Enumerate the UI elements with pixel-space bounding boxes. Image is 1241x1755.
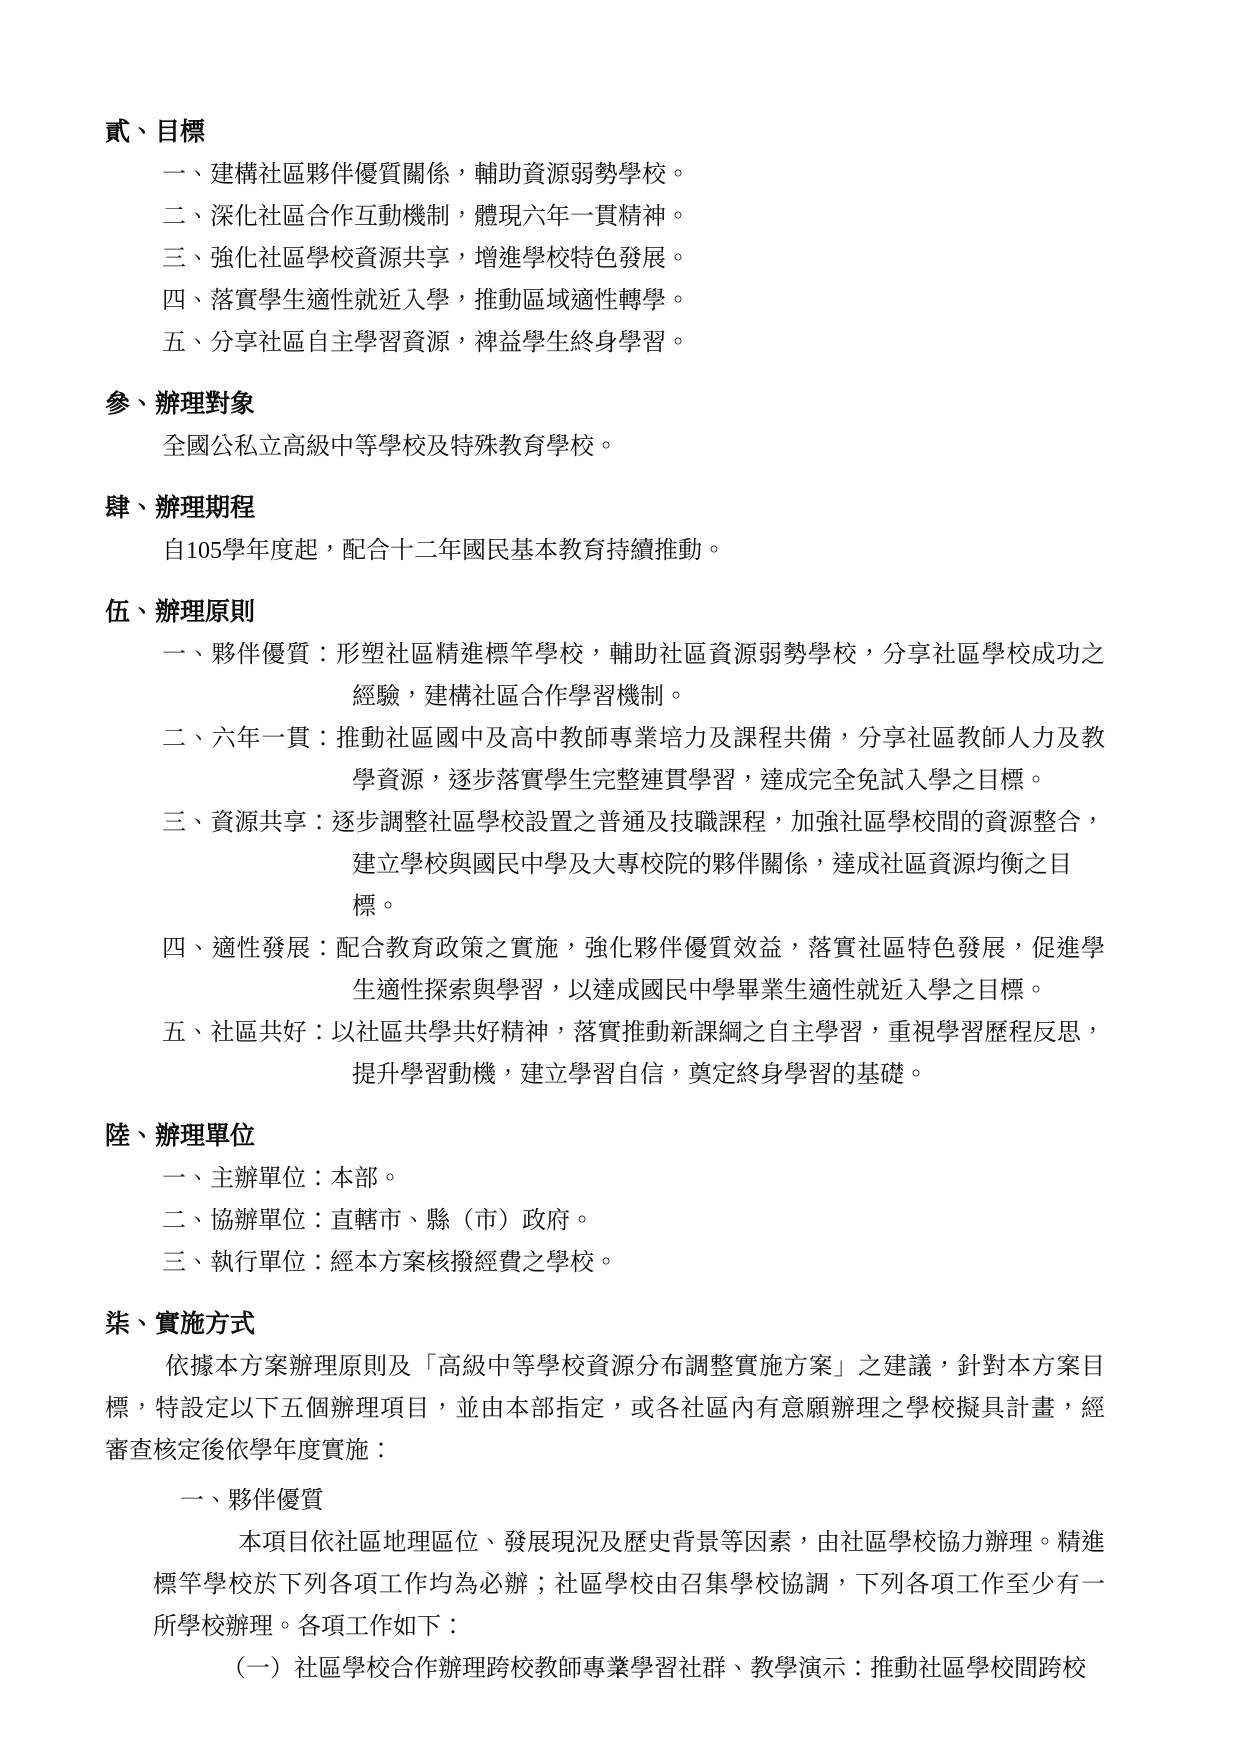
principle-item-1-line-2: 經驗，建構社區合作學習機制。	[352, 676, 1105, 718]
organizers-list: 一、主辦單位：本部。 二、協辦單位：直轄市、縣（市）政府。 三、執行單位：經本方…	[162, 1158, 1105, 1284]
section-heading-principles: 伍、辦理原則	[105, 592, 1105, 634]
section-heading-goals: 貳、目標	[105, 112, 1105, 154]
principle-item-3: 三、資源共享：逐步調整社區學校設置之普通及技職課程，加強社區學校間的資源整合， …	[162, 802, 1105, 928]
implementation-paragraph: 依據本方案辦理原則及「高級中等學校資源分布調整實施方案」之建議，針對本方案目 標…	[105, 1346, 1105, 1472]
implementation-item-1-line-1: 本項目依社區地理區位、發展現況及歷史背景等因素，由社區學校協力辦理。精進	[153, 1522, 1105, 1564]
implementation-paragraph-line-1: 依據本方案辦理原則及「高級中等學校資源分布調整實施方案」之建議，針對本方案目	[105, 1346, 1105, 1388]
goal-item-3: 三、強化社區學校資源共享，增進學校特色發展。	[162, 238, 1105, 280]
document-page: 貳、目標 一、建構社區夥伴優質關係，輔助資源弱勢學校。 二、深化社區合作互動機制…	[0, 0, 1241, 1755]
goal-item-1: 一、建構社區夥伴優質關係，輔助資源弱勢學校。	[162, 154, 1105, 196]
goal-item-4: 四、落實學生適性就近入學，推動區域適性轉學。	[162, 280, 1105, 322]
principle-item-2-line-1: 二、六年一貫：推動社區國中及高中教師專業培力及課程共備，分享社區教師人力及教	[162, 718, 1105, 760]
principle-item-5-line-1: 五、社區共好：以社區共學共好精神，落實推動新課綱之自主學習，重視學習歷程反思，	[162, 1012, 1105, 1054]
principle-item-5-line-2: 提升學習動機，建立學習自信，奠定終身學習的基礎。	[352, 1054, 1105, 1096]
organizer-item-2: 二、協辦單位：直轄市、縣（市）政府。	[162, 1200, 1105, 1242]
principle-item-2-line-2: 學資源，逐步落實學生完整連貫學習，達成完全免試入學之目標。	[352, 760, 1105, 802]
implementation-item-1-line-2: 標竿學校於下列各項工作均為必辦；社區學校由召集學校協調，下列各項工作至少有一	[153, 1564, 1105, 1606]
principle-item-3-line-1: 三、資源共享：逐步調整社區學校設置之普通及技職課程，加強社區學校間的資源整合，	[162, 802, 1105, 844]
section-heading-schedule: 肆、辦理期程	[105, 488, 1105, 530]
organizer-item-1: 一、主辦單位：本部。	[162, 1158, 1105, 1200]
implementation-item-1-label: 一、夥伴優質	[180, 1480, 1105, 1522]
implementation-paragraph-line-2: 標，特設定以下五個辦理項目，並由本部指定，或各社區內有意願辦理之學校擬具計畫，經	[105, 1388, 1105, 1430]
page-number: 2	[0, 1646, 1241, 1688]
principle-item-5: 五、社區共好：以社區共學共好精神，落實推動新課綱之自主學習，重視學習歷程反思， …	[162, 1012, 1105, 1096]
section-heading-implementation: 柒、實施方式	[105, 1304, 1105, 1346]
organizer-item-3: 三、執行單位：經本方案核撥經費之學校。	[162, 1242, 1105, 1284]
goal-item-5: 五、分享社區自主學習資源，禆益學生終身學習。	[162, 322, 1105, 364]
principle-item-1-line-1: 一、夥伴優質：形塑社區精進標竿學校，輔助社區資源弱勢學校，分享社區學校成功之	[162, 634, 1105, 676]
principle-item-4-line-2: 生適性探索與學習，以達成國民中學畢業生適性就近入學之目標。	[352, 970, 1105, 1012]
section-heading-organizers: 陸、辦理單位	[105, 1116, 1105, 1158]
goal-item-2: 二、深化社區合作互動機制，體現六年一貫精神。	[162, 196, 1105, 238]
implementation-item-1-line-3: 所學校辦理。各項工作如下：	[153, 1606, 1105, 1648]
implementation-paragraph-line-3: 審查核定後依學年度實施：	[105, 1430, 1105, 1472]
section-heading-target: 參、辦理對象	[105, 384, 1105, 426]
principle-item-4-line-1: 四、適性發展：配合教育政策之實施，強化夥伴優質效益，落實社區特色發展，促進學	[162, 928, 1105, 970]
principles-list: 一、夥伴優質：形塑社區精進標竿學校，輔助社區資源弱勢學校，分享社區學校成功之 經…	[162, 634, 1105, 1096]
principle-item-3-line-2: 建立學校與國民中學及大專校院的夥伴關係，達成社區資源均衡之目標。	[352, 844, 1105, 928]
principle-item-1: 一、夥伴優質：形塑社區精進標竿學校，輔助社區資源弱勢學校，分享社區學校成功之 經…	[162, 634, 1105, 718]
goals-list: 一、建構社區夥伴優質關係，輔助資源弱勢學校。 二、深化社區合作互動機制，體現六年…	[162, 154, 1105, 364]
target-body: 全國公私立高級中等學校及特殊教育學校。	[162, 426, 1105, 468]
principle-item-2: 二、六年一貫：推動社區國中及高中教師專業培力及課程共備，分享社區教師人力及教 學…	[162, 718, 1105, 802]
principle-item-4: 四、適性發展：配合教育政策之實施，強化夥伴優質效益，落實社區特色發展，促進學 生…	[162, 928, 1105, 1012]
document-content: 貳、目標 一、建構社區夥伴優質關係，輔助資源弱勢學校。 二、深化社區合作互動機制…	[105, 112, 1105, 1690]
implementation-item-1-paragraph: 本項目依社區地理區位、發展現況及歷史背景等因素，由社區學校協力辦理。精進 標竿學…	[153, 1522, 1105, 1648]
schedule-body: 自105學年度起，配合十二年國民基本教育持續推動。	[162, 530, 1105, 572]
